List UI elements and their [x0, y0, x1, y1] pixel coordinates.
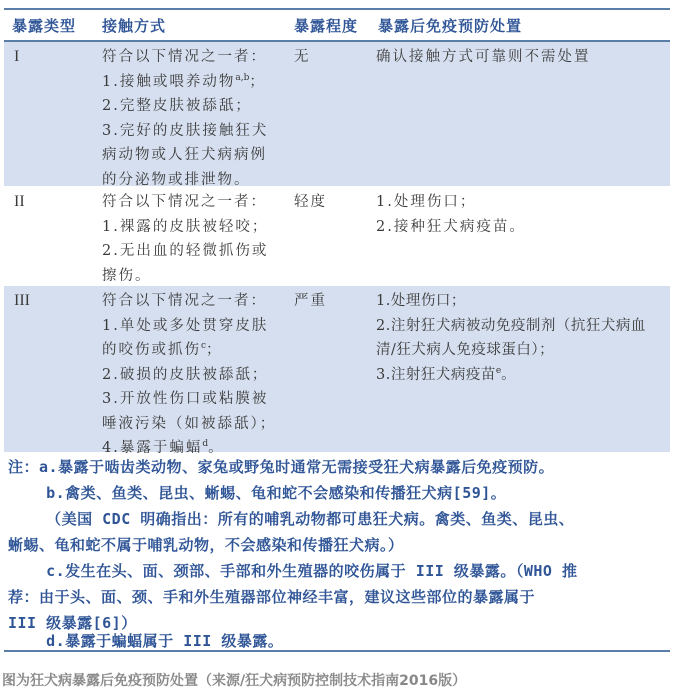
header-procedure: 暴露后免疫预防处置: [378, 15, 522, 36]
row1-contact: 符合以下情况之一者： 1.接触或喂养动物a,b； 2.完整皮肤被舔舐； 3.完好…: [102, 45, 292, 192]
row3-level: 严重: [294, 289, 374, 314]
note-d: d.暴露于蝙蝠属于 III 级暴露。: [8, 630, 283, 651]
note-a: 注：a.暴露于啮齿类动物、家兔或野兔时通常无需接受狂犬病暴露后免疫预防。: [8, 456, 554, 477]
note-b-cdc-2: 蜥蜴、龟和蛇不属于哺乳动物，不会感染和传播狂犬病。）: [8, 534, 404, 555]
row3-contact: 符合以下情况之一者： 1.单处或多处贯穿皮肤 的咬伤或抓伤c； 2.破损的皮肤被…: [102, 289, 292, 461]
figure-caption: 图为狂犬病暴露后免疫预防处置（来源/狂犬病预防控制技术指南2016版）: [2, 670, 466, 690]
note-c-1: c.发生在头、面、颈部、手部和外生殖器的咬伤属于 III 级暴露。（WHO 推: [8, 560, 577, 581]
table-row-3: III 符合以下情况之一者： 1.单处或多处贯穿皮肤 的咬伤或抓伤c； 2.破损…: [4, 286, 670, 452]
row1-type: I: [14, 45, 94, 70]
header-contact: 接触方式: [102, 15, 166, 36]
row2-level: 轻度: [294, 190, 374, 215]
table-row-2: II 符合以下情况之一者： 1.裸露的皮肤被轻咬； 2.无出血的轻微抓伤或 擦伤…: [4, 186, 670, 286]
header-level: 暴露程度: [294, 15, 358, 36]
row2-procedure: 1.处理伤口； 2.接种狂犬病疫苗。: [376, 190, 666, 239]
row2-contact: 符合以下情况之一者： 1.裸露的皮肤被轻咬； 2.无出血的轻微抓伤或 擦伤。: [102, 190, 292, 288]
note-b-cdc-1: （美国 CDC 明确指出：所有的哺乳动物都可患狂犬病。禽类、鱼类、昆虫、: [8, 508, 574, 529]
row3-procedure: 1.处理伤口； 2.注射狂犬病被动免疫制剂（抗狂犬病血 清/狂犬病人免疫球蛋白）…: [376, 289, 666, 387]
note-b: b.禽类、鱼类、昆虫、蜥蜴、龟和蛇不会感染和传播狂犬病[59]。: [8, 482, 506, 503]
row1-level: 无: [294, 45, 374, 70]
row3-type: III: [14, 289, 94, 314]
table-row-1: I 符合以下情况之一者： 1.接触或喂养动物a,b； 2.完整皮肤被舔舐； 3.…: [4, 42, 670, 186]
header-type: 暴露类型: [12, 15, 76, 36]
notes-bottom-rule: [4, 650, 670, 652]
note-c-2: 荐：由于头、面、颈、手和外生殖器部位神经丰富，建议这些部位的暴露属于: [8, 586, 535, 607]
table-header: 暴露类型 接触方式 暴露程度 暴露后免疫预防处置: [4, 10, 670, 40]
row2-type: II: [14, 190, 94, 215]
row1-procedure: 确认接触方式可靠则不需处置: [376, 45, 666, 70]
